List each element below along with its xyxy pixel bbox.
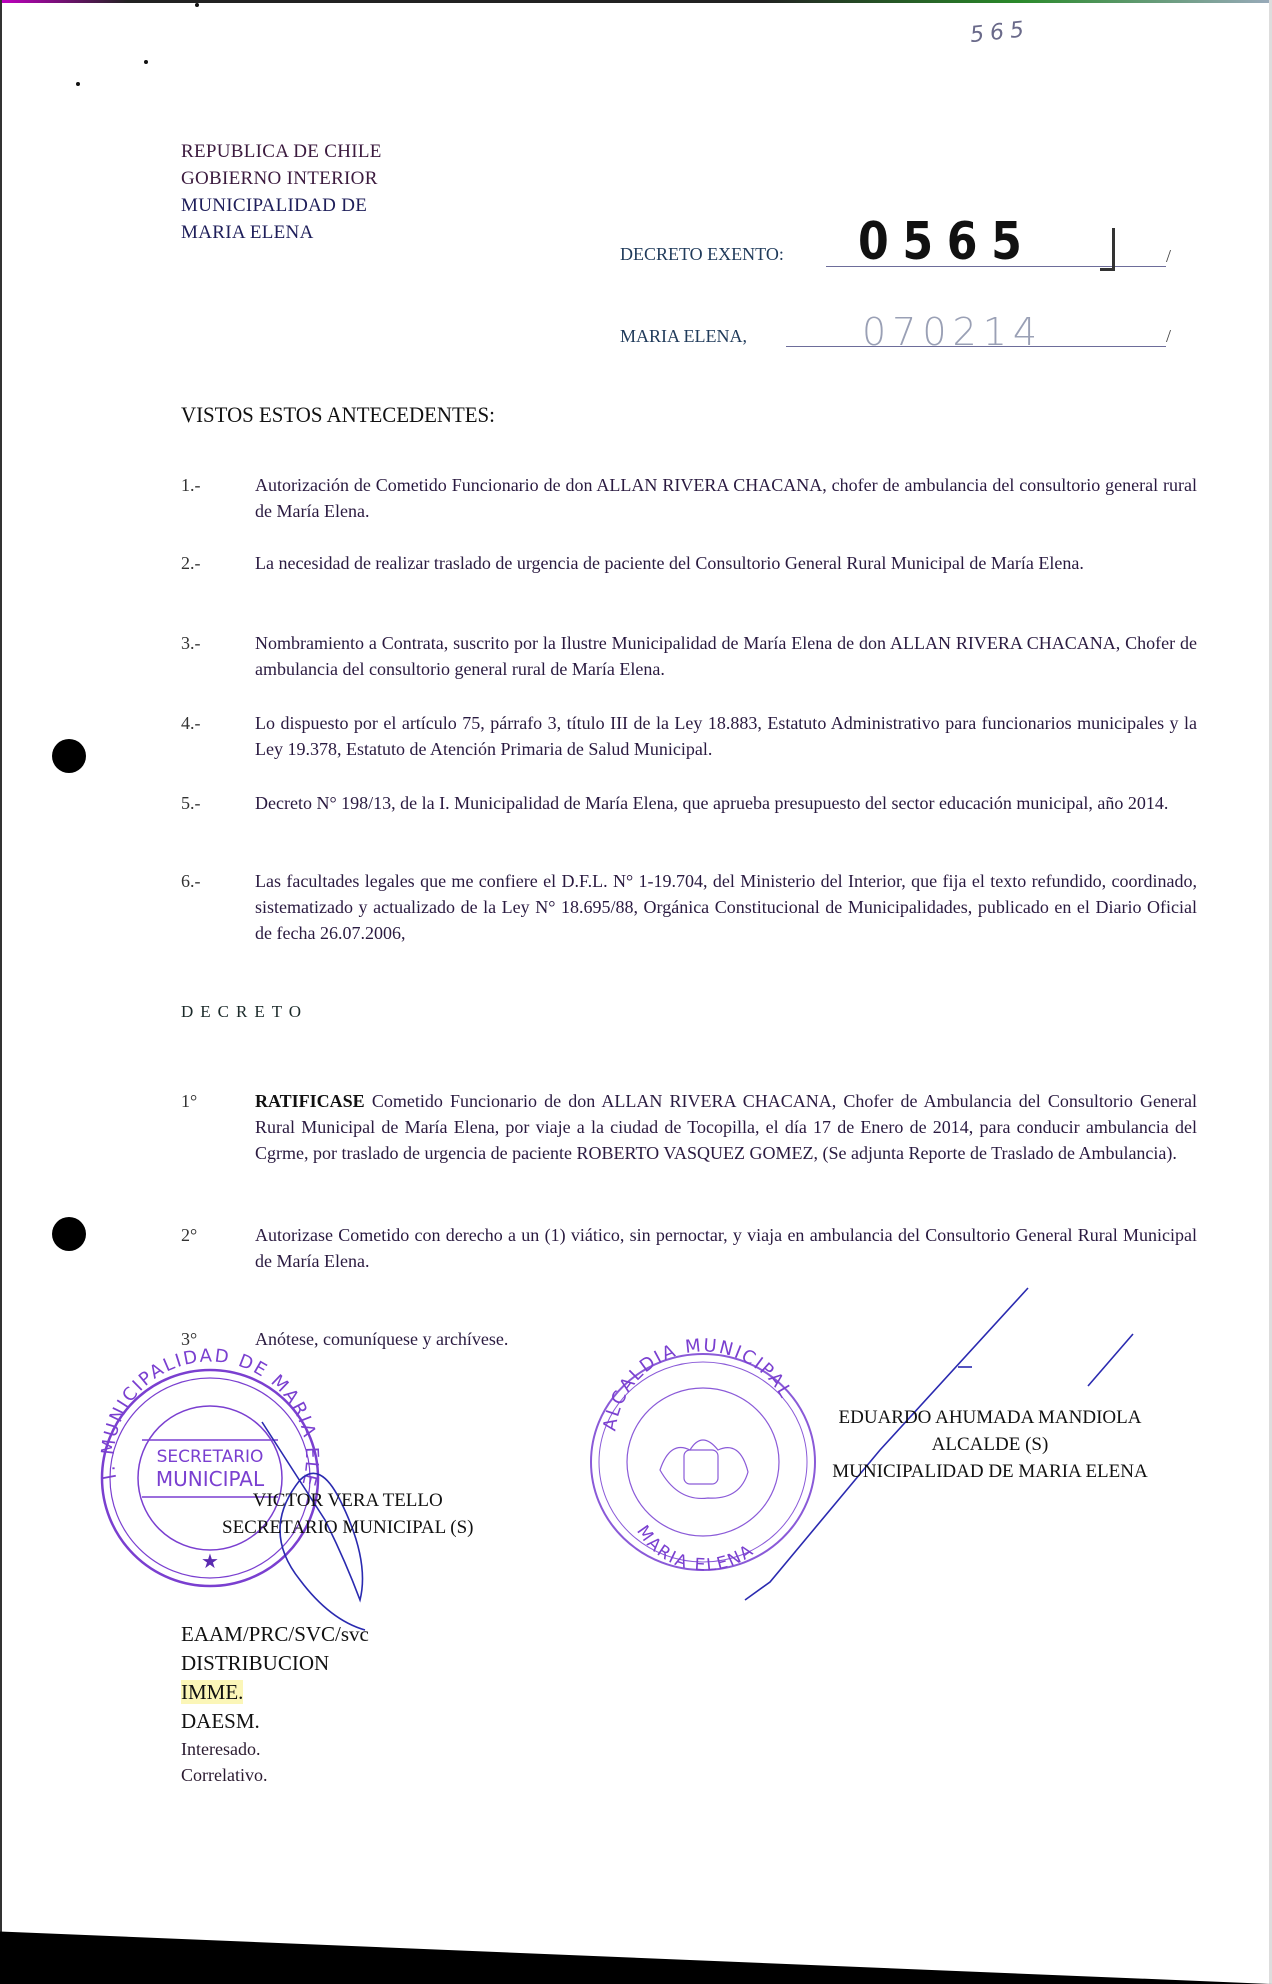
- item-text: Decreto N° 198/13, de la I. Municipalida…: [255, 790, 1197, 816]
- line-terminator: /: [1166, 326, 1171, 347]
- svg-text:MARIA ELENA: MARIA ELENA: [632, 1522, 758, 1576]
- item-text: La necesidad de realizar traslado de urg…: [255, 550, 1197, 576]
- place-label: MARIA ELENA,: [620, 326, 747, 347]
- decree-label: DECRETO EXENTO:: [620, 244, 784, 265]
- distribution-block: EAAM/PRC/SVC/svc DISTRIBUCION IMME. DAES…: [181, 1620, 369, 1788]
- vistos-item: 6.- Las facultades legales que me confie…: [181, 868, 1197, 946]
- scan-left-edge: [0, 0, 2, 1950]
- mayor-name: EDUARDO AHUMADA MANDIOLA: [790, 1404, 1190, 1431]
- decreto-heading: DECRETO: [181, 1002, 308, 1022]
- mayor-seal: [591, 1354, 815, 1570]
- resolution-body: Cometido Funcionario de don ALLAN RIVERA…: [255, 1091, 1197, 1163]
- scan-speck: [144, 60, 148, 64]
- item-text: Autorización de Cometido Funcionario de …: [255, 472, 1197, 524]
- scanned-document-page: 565 REPUBLICA DE CHILE GOBIERNO INTERIOR…: [0, 0, 1272, 1984]
- item-number: 3°: [181, 1326, 197, 1352]
- item-text: Anótese, comuníquese y archívese.: [255, 1326, 1197, 1352]
- letterhead: REPUBLICA DE CHILE GOBIERNO INTERIOR MUN…: [181, 138, 382, 246]
- item-text: Las facultades legales que me confiere e…: [255, 868, 1197, 946]
- scan-top-edge: [0, 0, 1272, 3]
- letterhead-line: MUNICIPALIDAD DE: [181, 192, 382, 219]
- distribution-recipient: Correlativo.: [181, 1762, 369, 1788]
- item-number: 2°: [181, 1222, 197, 1248]
- decree-number: 0565: [858, 212, 1035, 272]
- line-terminator: /: [1166, 246, 1171, 267]
- stamp-bracket-mark: [1100, 228, 1115, 271]
- vistos-item: 3.- Nombramiento a Contrata, suscrito po…: [181, 630, 1197, 682]
- item-number: 1°: [181, 1088, 197, 1114]
- punch-hole: [52, 739, 86, 773]
- svg-text:★: ★: [201, 1551, 219, 1573]
- svg-text:SECRETARIO: SECRETARIO: [157, 1447, 264, 1467]
- item-number: 1.-: [181, 472, 201, 498]
- secretary-title: SECRETARIO MUNICIPAL (S): [222, 1514, 473, 1541]
- mayor-title: ALCALDE (S): [790, 1431, 1190, 1458]
- mayor-signature-block: EDUARDO AHUMADA MANDIOLA ALCALDE (S) MUN…: [790, 1404, 1190, 1485]
- scan-speck: [76, 82, 80, 86]
- scan-speck: [195, 3, 199, 7]
- secretary-signature-block: VICTOR VERA TELLO SECRETARIO MUNICIPAL (…: [222, 1487, 473, 1541]
- resolution-item: 2° Autorizase Cometido con derecho a un …: [181, 1222, 1197, 1274]
- distribution-heading: DISTRIBUCION: [181, 1649, 369, 1678]
- letterhead-line: GOBIERNO INTERIOR: [181, 165, 382, 192]
- mayor-organization: MUNICIPALIDAD DE MARIA ELENA: [790, 1458, 1190, 1485]
- item-text: Lo dispuesto por el artículo 75, párrafo…: [255, 710, 1197, 762]
- resolution-item: 1° RATIFICASE Cometido Funcionario de do…: [181, 1088, 1197, 1166]
- distribution-recipient: DAESM.: [181, 1707, 369, 1736]
- resolution-keyword: RATIFICASE: [255, 1091, 365, 1111]
- vistos-heading: VISTOS ESTOS ANTECEDENTES:: [181, 402, 495, 428]
- distribution-recipient-highlighted: IMME.: [181, 1680, 243, 1704]
- item-number: 3.-: [181, 630, 201, 656]
- item-number: 2.-: [181, 550, 201, 576]
- letterhead-line: MARIA ELENA: [181, 219, 382, 246]
- secretary-name: VICTOR VERA TELLO: [222, 1487, 473, 1514]
- item-number: 4.-: [181, 710, 201, 736]
- distribution-recipient: Interesado.: [181, 1736, 369, 1762]
- drafting-initials: EAAM/PRC/SVC/svc: [181, 1620, 369, 1649]
- item-text: Autorizase Cometido con derecho a un (1)…: [255, 1222, 1197, 1274]
- scan-bottom-shadow: [0, 1920, 1272, 1984]
- item-text: Nombramiento a Contrata, suscrito por la…: [255, 630, 1197, 682]
- handwritten-folio-number: 565: [969, 17, 1031, 48]
- vistos-item: 2.- La necesidad de realizar traslado de…: [181, 550, 1197, 576]
- item-number: 6.-: [181, 868, 201, 894]
- item-text: RATIFICASE Cometido Funcionario de don A…: [255, 1088, 1197, 1166]
- date-stamp: 070214: [862, 310, 1043, 354]
- letterhead-line: REPUBLICA DE CHILE: [181, 138, 382, 165]
- resolution-item: 3° Anótese, comuníquese y archívese.: [181, 1326, 1197, 1352]
- vistos-item: 4.- Lo dispuesto por el artículo 75, pár…: [181, 710, 1197, 762]
- item-number: 5.-: [181, 790, 201, 816]
- secretary-seal: [102, 1370, 318, 1586]
- vistos-item: 1.- Autorización de Cometido Funcionario…: [181, 472, 1197, 524]
- punch-hole: [52, 1217, 86, 1251]
- vistos-item: 5.- Decreto N° 198/13, de la I. Municipa…: [181, 790, 1197, 816]
